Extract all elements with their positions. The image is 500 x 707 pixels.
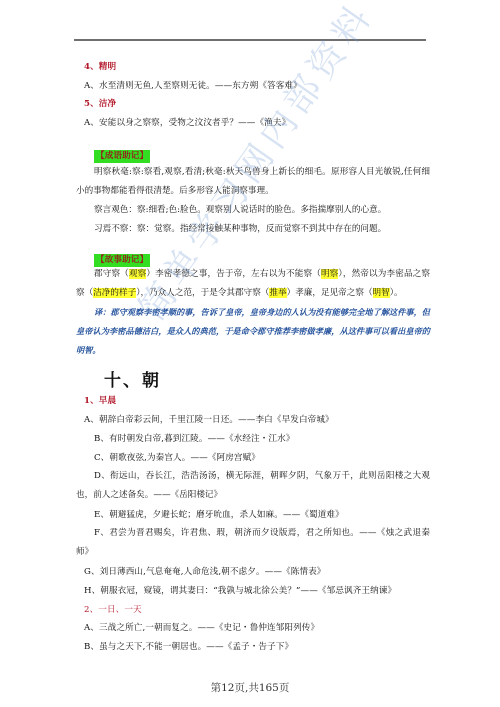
quote-line: B、虽与之天下,不能一朝居也。——《孟子・告子下》 xyxy=(84,641,444,653)
idiom-paragraph: 习焉不察：察：觉察。指经常接触某种事物，反而觉察不到其中存在的问题。 xyxy=(76,220,430,239)
story-text: ）李密孝德之事，告于帝，左右以为不能察（ xyxy=(146,269,321,279)
quote-line: C、朝歌夜弦,为秦宫人。——《阿房宫赋》 xyxy=(94,452,454,464)
story-text: ），乃众人之范，于是令其郡守察（ xyxy=(136,288,269,298)
document-page: 4、精明 A、水至清则无鱼,人至察则无徒。——东方朔《答客难》 5、洁净 A、安… xyxy=(0,0,500,707)
quote-line: E、朝避猛虎，夕避长蛇；磨牙吮血，杀人如麻。——《蜀道难》 xyxy=(94,509,454,521)
quote-line: A、安能以身之察察，受物之汶汶者乎？——《渔夫》 xyxy=(84,117,444,129)
item-heading: 2、一日、一天 xyxy=(84,604,444,616)
highlighted-gloss: 明察 xyxy=(321,269,338,279)
story-translation: 译：郡守观察李密孝顺的事，告诉了皇帝，皇帝身边的人认为没有能够完全地了解这件事，… xyxy=(76,303,430,360)
idiom-paragraph: 明察秋毫:察:察看,观察,看清;秋毫:秋天鸟兽身上新长的细毛。原形容人目光敏锐,… xyxy=(76,163,430,201)
highlighted-gloss: 观察 xyxy=(129,269,146,279)
story-text: ）孝廉，足见帝之察（ xyxy=(287,288,373,298)
page-footer: 第12页,共165页 xyxy=(0,680,500,695)
highlighted-gloss: 推举 xyxy=(269,288,286,298)
quote-line: F、君尝为晋君赐矣，许君焦、瑕，朝济而夕设版焉，君之所知也。——《烛之武退秦师》 xyxy=(76,524,430,562)
quote-line: A、朝辞白帝彩云间，千里江陵一日还。——李白《早发白帝城》 xyxy=(84,414,444,426)
idiom-paragraph: 察言观色：察:细看;色:脸色。观察别人说话时的脸色。多指揣摩别人的心意。 xyxy=(76,201,430,220)
chapter-title: 十、朝 xyxy=(104,366,161,391)
story-text: ）。 xyxy=(390,288,403,298)
quote-line: D、衔远山，吞长江，浩浩汤汤，横无际涯，朝晖夕阴，气象万千，此则岳阳楼之大观也，… xyxy=(76,467,430,505)
item-heading: 4、精明 xyxy=(84,61,444,73)
idiom-memo-tag-wrap: 【成语助记】 xyxy=(94,150,454,163)
quote-line: B、有时朝发白帝,暮到江陵。——《水经注・江水》 xyxy=(94,433,454,445)
quote-line: G、刘日薄西山,气息奄奄,人命危浅,朝不虑夕。——《陈情表》 xyxy=(84,566,444,578)
quote-line: H、朝服衣冠，窥镜，谓其妻曰：“我孰与城北徐公美？”——《邹忌讽齐王纳谏》 xyxy=(84,585,444,597)
idiom-memo-tag: 【成语助记】 xyxy=(94,150,150,163)
quote-line: A、三战之所亡,一朝而复之。——《史记・鲁仲连邹阳列传》 xyxy=(84,622,444,634)
quote-line: A、水至清则无鱼,人至察则无徒。——东方朔《答客难》 xyxy=(84,80,444,92)
item-heading: 5、洁净 xyxy=(84,98,444,110)
highlighted-gloss: 洁净的样子 xyxy=(93,288,136,298)
story-text: 郡守察（ xyxy=(94,269,129,279)
item-heading: 1、早晨 xyxy=(84,395,444,407)
highlighted-gloss: 明智 xyxy=(373,288,390,298)
header-rule xyxy=(74,39,426,41)
story-paragraph: 郡守察（观察）李密孝德之事，告于帝，左右以为不能察（明察），然帝以为李密品之察察… xyxy=(76,265,430,303)
